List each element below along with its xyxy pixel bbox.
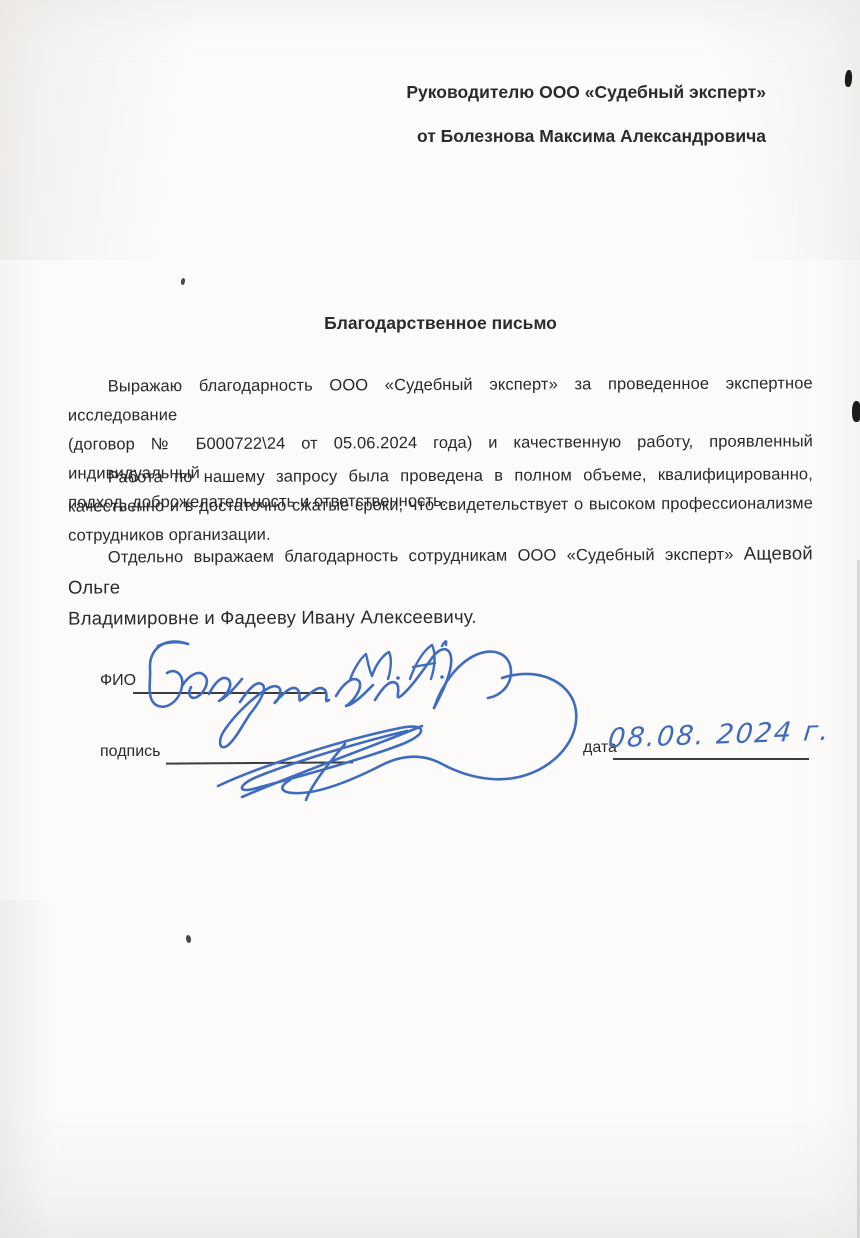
paragraph-2: Работа по нашему запросу была проведена … xyxy=(68,460,813,550)
header-sender: от Болезнова Максима Александровича xyxy=(406,114,766,158)
letter-header: Руководителю ООО «Судебный эксперт» от Б… xyxy=(406,70,766,158)
header-addressee: Руководителю ООО «Судебный эксперт» xyxy=(406,70,766,114)
scan-mark-right-middle xyxy=(852,401,860,422)
paragraph-1-line-1: Выражаю благодарность ООО «Судебный эксп… xyxy=(68,369,813,430)
scan-mark-right-top xyxy=(844,70,852,87)
handwritten-signature xyxy=(90,616,630,816)
handwritten-date: 08.08. 2024 г. xyxy=(556,694,856,769)
paragraph-2-line-2: качественно и в достаточно сжатые сроки,… xyxy=(68,489,813,521)
date-value-handwriting: 08.08. 2024 г. xyxy=(606,716,832,755)
dust-speck-upper xyxy=(180,278,185,286)
paragraph-2-line-1: Работа по нашему запросу была проведена … xyxy=(68,460,813,492)
paper-crease-bottom xyxy=(0,900,860,1238)
scanned-letter-page: Руководителю ООО «Судебный эксперт» от Б… xyxy=(0,0,860,1238)
letter-title: Благодарственное письмо xyxy=(68,313,813,334)
paragraph-3-line-1: Отдельно выражаем благодарность сотрудни… xyxy=(68,538,813,603)
dust-speck-lower xyxy=(185,935,191,944)
paragraph-3-text: Отдельно выражаем благодарность сотрудни… xyxy=(108,546,744,567)
